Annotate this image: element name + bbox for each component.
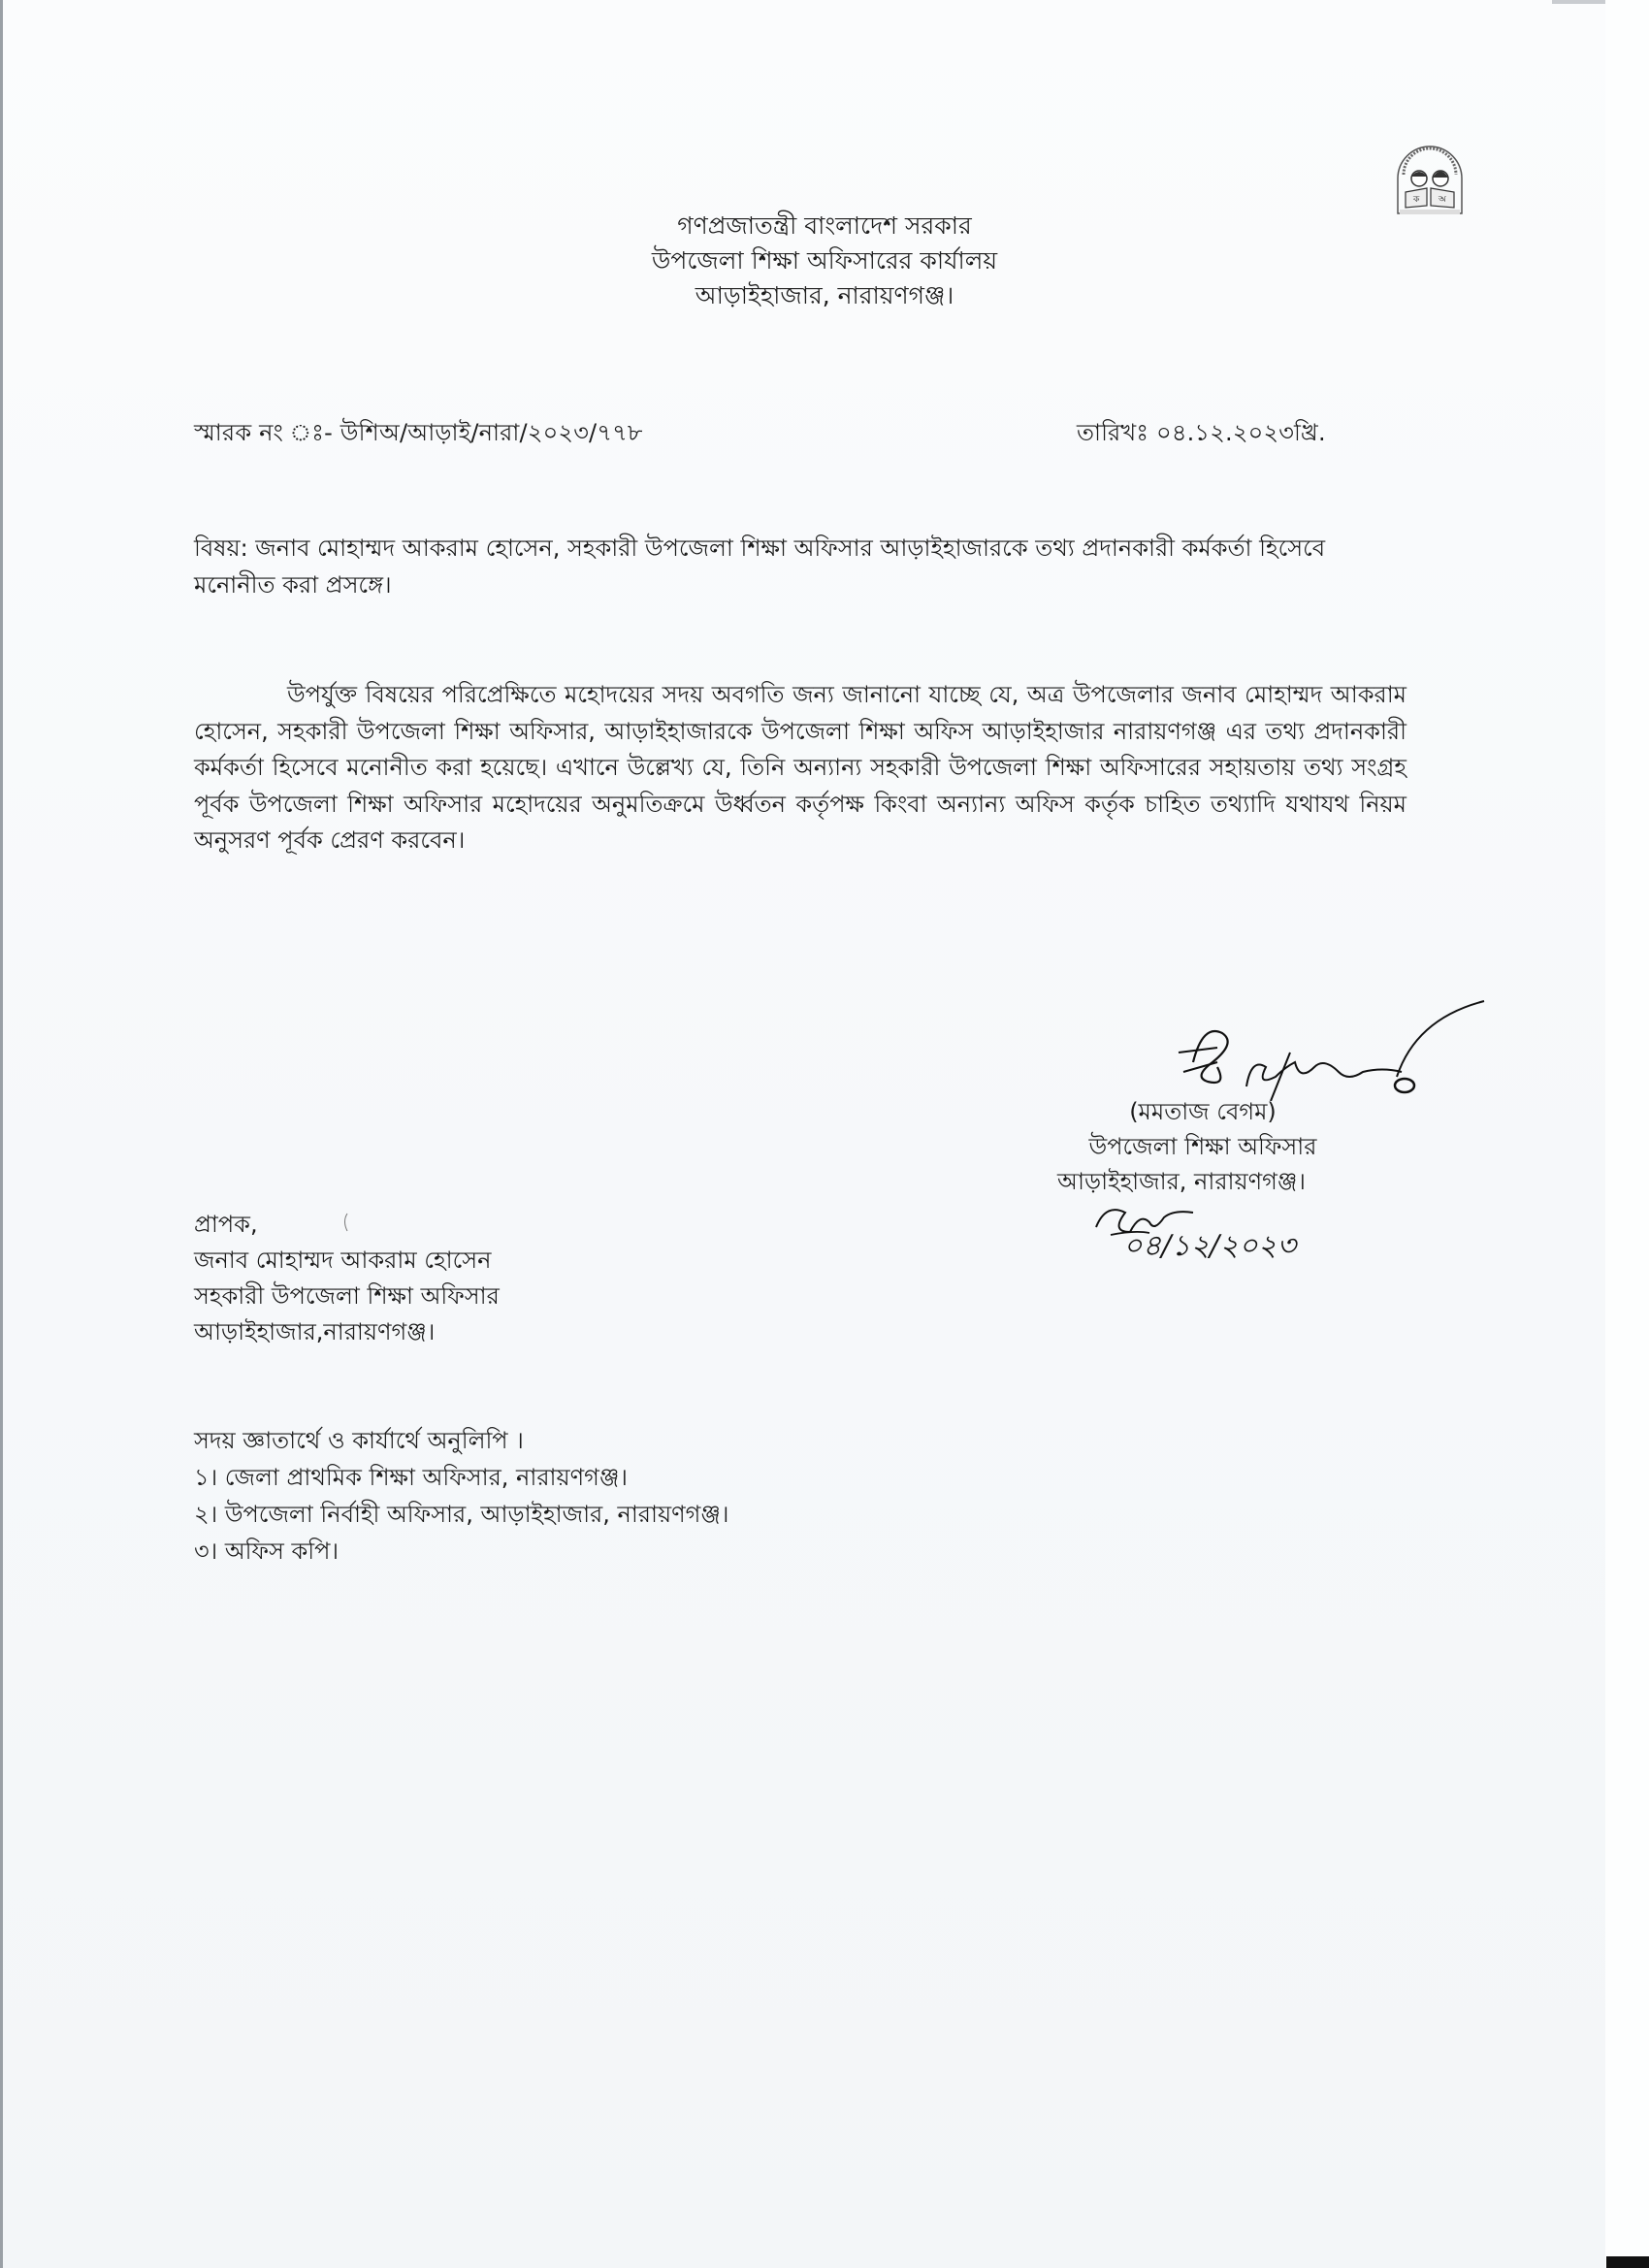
scan-corner-mark <box>1606 2256 1649 2268</box>
body-paragraph: উপর্যুক্ত বিষয়ের পরিপ্রেক্ষিতে মহোদয়ের… <box>194 677 1406 859</box>
signatory-block: (মমতাজ বেগম) উপজেলা শিক্ষা অফিসার আড়াইহ… <box>1048 1094 1358 1199</box>
copy-list-item: ১। জেলা প্রাথমিক শিক্ষা অফিসার, নারায়ণগ… <box>194 1459 728 1496</box>
recipient-address: আড়াইহাজার,নারায়ণগঞ্জ। <box>194 1314 500 1350</box>
letterhead-office: উপজেলা শিক্ষা অফিসারের কার্যালয় <box>0 243 1649 278</box>
recipient-name: জনাব মোহাম্মদ আকরাম হোসেন <box>194 1243 500 1279</box>
signatory-address: আড়াইহাজার, নারায়ণগঞ্জ। <box>1057 1164 1358 1199</box>
letterhead-government: গণপ্রজাতন্ত্রী বাংলাদেশ সরকার <box>0 209 1649 243</box>
recipient-designation: সহকারী উপজেলা শিক্ষা অফিসার <box>194 1279 500 1314</box>
signatory-designation: উপজেলা শিক্ষা অফিসার <box>1048 1129 1358 1164</box>
handwritten-date: ০৪/১২/২০২৩ <box>1123 1232 1296 1261</box>
memo-date: তারিখঃ ০৪.১২.২০২৩খ্রি. <box>1077 421 1326 444</box>
stray-pen-mark <box>341 1213 351 1236</box>
svg-text:ক: ক <box>1412 195 1420 205</box>
handwritten-signature-icon <box>1174 994 1494 1105</box>
scan-right-margin <box>1605 0 1649 2268</box>
copy-list-item: ২। উপজেলা নির্বাহী অফিসার, আড়াইহাজার, ন… <box>194 1496 728 1533</box>
subject-line: বিষয়: জনাব মোহাম্মদ আকরাম হোসেন, সহকারী… <box>194 530 1406 603</box>
copy-list-heading: সদয় জ্ঞাতার্থে ও কার্যার্থে অনুলিপি । <box>194 1422 728 1459</box>
copy-list-item: ৩। অফিস কপি। <box>194 1533 728 1570</box>
letterhead-location: আড়াইহাজার, নারায়ণগঞ্জ। <box>0 278 1649 313</box>
memo-reference: স্মারক নং ঃ- উশিঅ/আড়াই/নারা/২০২৩/৭৭৮ <box>194 421 643 444</box>
copy-list: সদয় জ্ঞাতার্থে ও কার্যার্থে অনুলিপি । ১… <box>194 1422 728 1570</box>
scanned-letter-page: ক অ গণপ্রজাতন্ত্রী বাংলাদেশ সরকার উপজেলা… <box>0 0 1649 2268</box>
svg-text:অ: অ <box>1438 195 1446 205</box>
signatory-name: (মমতাজ বেগম) <box>1048 1094 1358 1129</box>
letterhead: গণপ্রজাতন্ত্রী বাংলাদেশ সরকার উপজেলা শিক… <box>0 209 1649 313</box>
scan-left-edge <box>0 0 3 2268</box>
